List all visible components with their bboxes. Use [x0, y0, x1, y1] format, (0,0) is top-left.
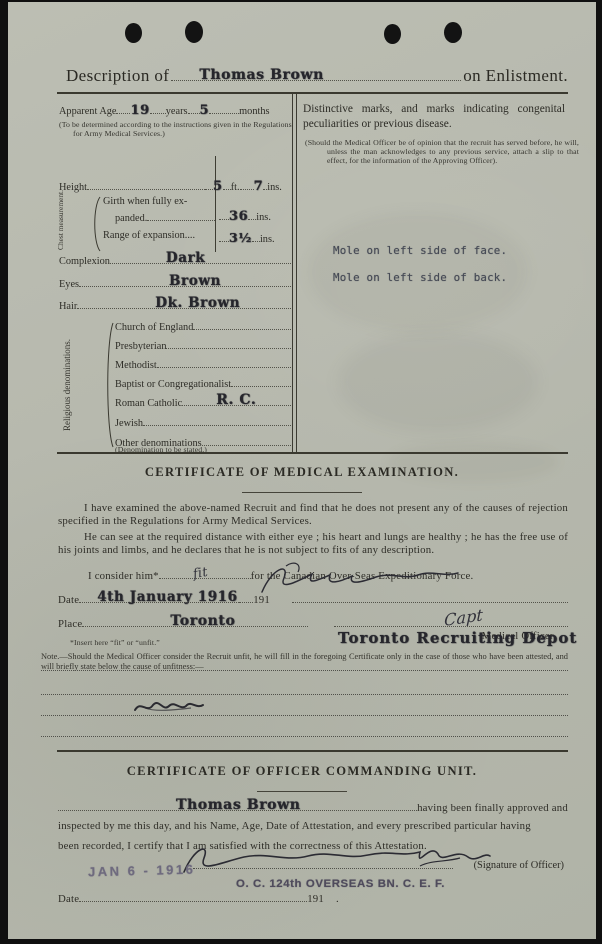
range-label-row: Range of expansion....	[103, 230, 215, 241]
religious-denominations-side-label: Religious denominations.	[62, 337, 88, 433]
officer-line-1: Thomas Brown having been finally approve…	[58, 799, 568, 814]
officer-year-printed: 191	[307, 893, 324, 905]
distinctive-marks-entry-1: Mole on left side of face.	[333, 244, 507, 257]
age-years-value: 19	[130, 103, 149, 118]
height-feet-unit: ft.	[231, 182, 240, 193]
religion-row-church-of-england: Church of England	[115, 318, 291, 333]
medical-title-underline	[242, 492, 362, 493]
religion-label: Church of England	[115, 322, 193, 333]
unfitness-line-3	[41, 715, 568, 716]
medical-place-stamp: Toronto	[170, 613, 235, 629]
girth-unit: ins.	[256, 212, 271, 223]
medical-note: Note.—Should the Medical Officer conside…	[41, 652, 568, 672]
punch-hole	[125, 23, 142, 43]
medical-date-stamp: 4th January 1916	[97, 589, 238, 605]
hair-value: Dk. Brown	[155, 295, 240, 311]
overseas-battalion-unit-stamp: O. C. 124th OVERSEAS BN. C. E. F.	[236, 878, 445, 890]
signature-of-officer-label: (Signature of Officer)	[474, 860, 564, 871]
religion-label: Methodist	[115, 360, 157, 371]
religion-label: Roman Catholic	[115, 398, 182, 409]
hair-label: Hair	[59, 301, 77, 312]
hair-row: Hair Dk. Brown	[59, 297, 291, 312]
height-feet-value: 5	[213, 179, 223, 194]
girth-label-line2: panded.	[115, 213, 147, 226]
distinctive-marks-entry-2: Mole on left side of back.	[333, 271, 507, 284]
girth-value-row: 36 ins.	[219, 208, 289, 224]
religion-row-baptist: Baptist or Congregationalist	[115, 375, 291, 390]
range-value: 3½	[229, 230, 252, 245]
eyes-value: Brown	[169, 273, 221, 289]
eyes-row: Eyes Brown	[59, 275, 291, 290]
officer-date-row: Date 191 .	[58, 890, 368, 905]
roman-catholic-stamp: R. C.	[216, 392, 256, 408]
jan-6-1916-date-stamp: JAN 6 - 1916	[88, 862, 196, 880]
range-label: Range of expansion....	[103, 230, 195, 241]
recruit-name-stamp: Thomas Brown	[199, 67, 324, 83]
apparent-age-note: (To be determined according to the instr…	[59, 120, 301, 138]
range-unit: ins.	[260, 234, 275, 245]
height-row: Height 5 ft. 7 ins.	[59, 178, 291, 194]
religion-brace	[104, 322, 114, 448]
height-inches-value: 7	[254, 179, 264, 194]
age-months-unit: months	[239, 106, 269, 117]
rank-handwriting: Capt	[444, 605, 484, 630]
complexion-row: Complexion Dark	[59, 252, 291, 267]
insert-fit-note: *Insert here “fit” or “unfit.”	[70, 638, 160, 647]
description-section: Apparent Age 19 years 5 months (To be de…	[57, 94, 568, 452]
religion-row-jewish: Jewish	[115, 414, 291, 429]
girth-label-line1: Girth when fully ex-	[103, 196, 215, 209]
unfitness-line-4	[41, 736, 568, 737]
range-value-row: 3½ ins.	[219, 230, 289, 245]
form-page: Description of Thomas Brown on Enlistmen…	[8, 2, 596, 939]
punch-hole	[444, 22, 462, 43]
height-inches-unit: ins.	[267, 182, 282, 193]
apparent-age-row: Apparent Age 19 years 5 months	[59, 102, 291, 118]
religion-row-presbyterian: Presbyterian	[115, 337, 291, 352]
medical-place-row: Place Toronto Capt	[58, 615, 568, 630]
medical-place-label: Place	[58, 618, 82, 630]
religion-label: Presbyterian	[115, 341, 166, 352]
value-divider-line	[215, 156, 216, 252]
unfitness-line-2	[41, 694, 568, 695]
officer-line-1-suffix: having been finally approved and	[417, 802, 568, 814]
girth-value: 36	[229, 209, 248, 224]
form-title-prefix: Description of	[66, 66, 169, 86]
fit-handwriting: fit	[192, 565, 209, 582]
officer-signature-line	[193, 868, 453, 869]
distinctive-marks-note: (Should the Medical Officer be of opinio…	[305, 138, 579, 166]
officer-date-label: Date	[58, 893, 79, 905]
chest-measurement-side-label: Chest measurement.	[57, 188, 73, 252]
religion-label: Baptist or Congregationalist	[115, 379, 231, 390]
officer-title-underline	[257, 791, 347, 792]
religion-row-methodist: Methodist	[115, 356, 291, 371]
girth-label: Girth when fully ex- panded.	[103, 196, 215, 225]
form-title-row: Description of Thomas Brown on Enlistmen…	[66, 64, 568, 86]
age-months-value: 5	[200, 103, 210, 118]
medical-date-row: Date 4th January 1916 191	[58, 591, 568, 606]
officer-name-stamp: Thomas Brown	[176, 797, 301, 813]
punch-hole	[384, 24, 401, 44]
recruiting-depot-stamp: Toronto Recruiting Depot	[338, 629, 577, 647]
complexion-value: Dark	[166, 250, 205, 266]
ink-scribble	[131, 696, 209, 718]
medical-paragraph-1: I have examined the above-named Recruit …	[58, 502, 568, 528]
form-title-suffix: on Enlistment.	[463, 66, 568, 86]
medical-paragraph-2: He can see at the required distance with…	[58, 531, 568, 557]
officer-line-2: inspected by me this day, and his Name, …	[58, 820, 568, 832]
officer-section-rule	[57, 750, 568, 752]
religion-label: Jewish	[115, 418, 143, 429]
chest-brace	[91, 196, 101, 252]
medical-cert-title: CERTIFICATE OF MEDICAL EXAMINATION.	[8, 465, 596, 480]
eyes-label: Eyes	[59, 279, 79, 290]
column-divider	[292, 94, 297, 452]
medical-section-rule	[57, 452, 568, 454]
officer-year-suffix: .	[336, 893, 339, 905]
religion-row-roman-catholic: Roman Catholic R. C.	[115, 394, 291, 409]
consider-prefix: I consider him*	[88, 570, 159, 582]
medical-date-label: Date	[58, 594, 79, 606]
punch-hole	[185, 21, 203, 43]
commanding-officer-signature	[176, 840, 496, 880]
apparent-age-label: Apparent Age	[59, 106, 116, 117]
complexion-label: Complexion	[59, 256, 110, 267]
medical-year-printed: 191	[253, 594, 270, 606]
officer-cert-title: CERTIFICATE OF OFFICER COMMANDING UNIT.	[8, 764, 596, 779]
age-years-unit: years	[166, 106, 188, 117]
distinctive-marks-heading: Distinctive marks, and marks indicating …	[303, 102, 565, 131]
unfitness-line-1	[41, 670, 568, 671]
